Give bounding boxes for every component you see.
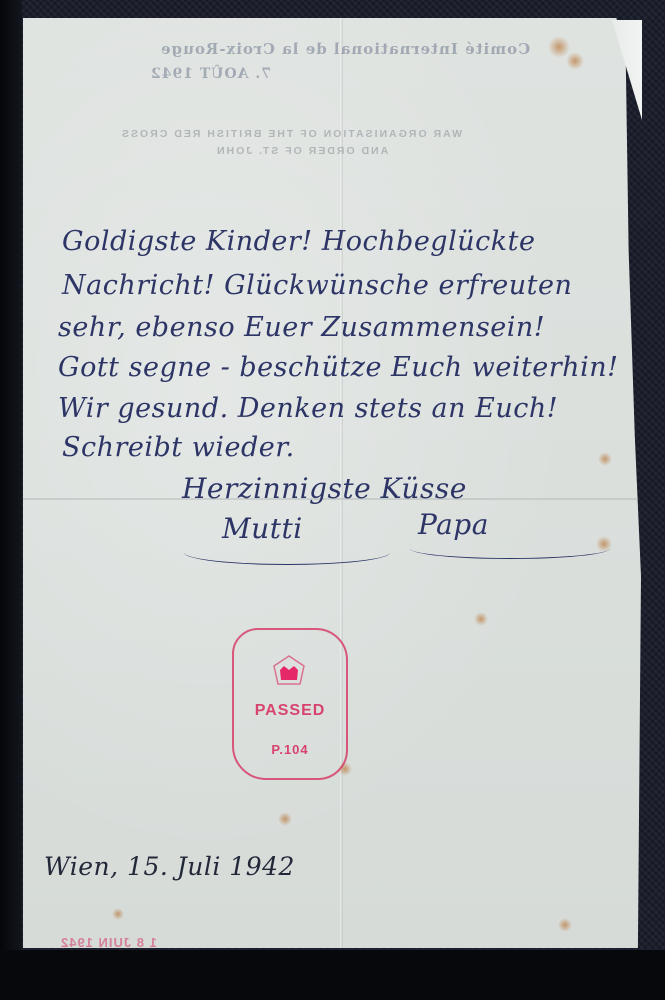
foxing-stain xyxy=(548,36,570,58)
closing-line: Herzinnigste Küsse xyxy=(182,472,467,505)
message-line: Wir gesund. Denken stets an Euch! xyxy=(58,393,558,424)
background-shadow-bottom xyxy=(0,950,665,1000)
censor-stamp: PASSED P.104 xyxy=(232,628,348,780)
signature-papa: Papa xyxy=(418,508,489,541)
show-through-top-stamp: Comité International de la Croix-Rouge xyxy=(160,40,530,58)
show-through-header-line-1: WAR ORGANISATION OF THE BRITISH RED CROS… xyxy=(120,128,462,140)
show-through-bottom-stamp: 1 8 JUIN 1942 xyxy=(60,935,157,950)
message-line: Nachricht! Glückwünsche erfreuten xyxy=(62,270,572,301)
message-line: Gott segne - beschütze Euch weiterhin! xyxy=(58,352,618,383)
foxing-stain xyxy=(474,612,488,626)
signature-flourish xyxy=(410,538,610,559)
place-date: Wien, 15. Juli 1942 xyxy=(44,852,295,881)
censor-stamp-text: PASSED xyxy=(234,702,346,720)
message-line: Goldigste Kinder! Hochbeglückte xyxy=(62,226,535,257)
crown-icon xyxy=(270,654,308,690)
foxing-stain xyxy=(598,452,612,466)
foxing-stain xyxy=(112,908,124,920)
signature-flourish xyxy=(184,540,390,565)
show-through-top-stamp-date: 7. AOÛT 1942 xyxy=(150,66,271,82)
foxing-stain xyxy=(566,52,584,70)
message-line: sehr, ebenso Euer Zusammensein! xyxy=(58,312,545,343)
background-shadow xyxy=(0,0,22,1000)
message-line: Schreibt wieder. xyxy=(62,432,295,463)
foxing-stain xyxy=(278,812,292,826)
show-through-header-line-2: AND ORDER OF ST. JOHN xyxy=(215,145,388,157)
foxing-stain xyxy=(558,918,572,932)
censor-stamp-number: P.104 xyxy=(234,742,346,757)
